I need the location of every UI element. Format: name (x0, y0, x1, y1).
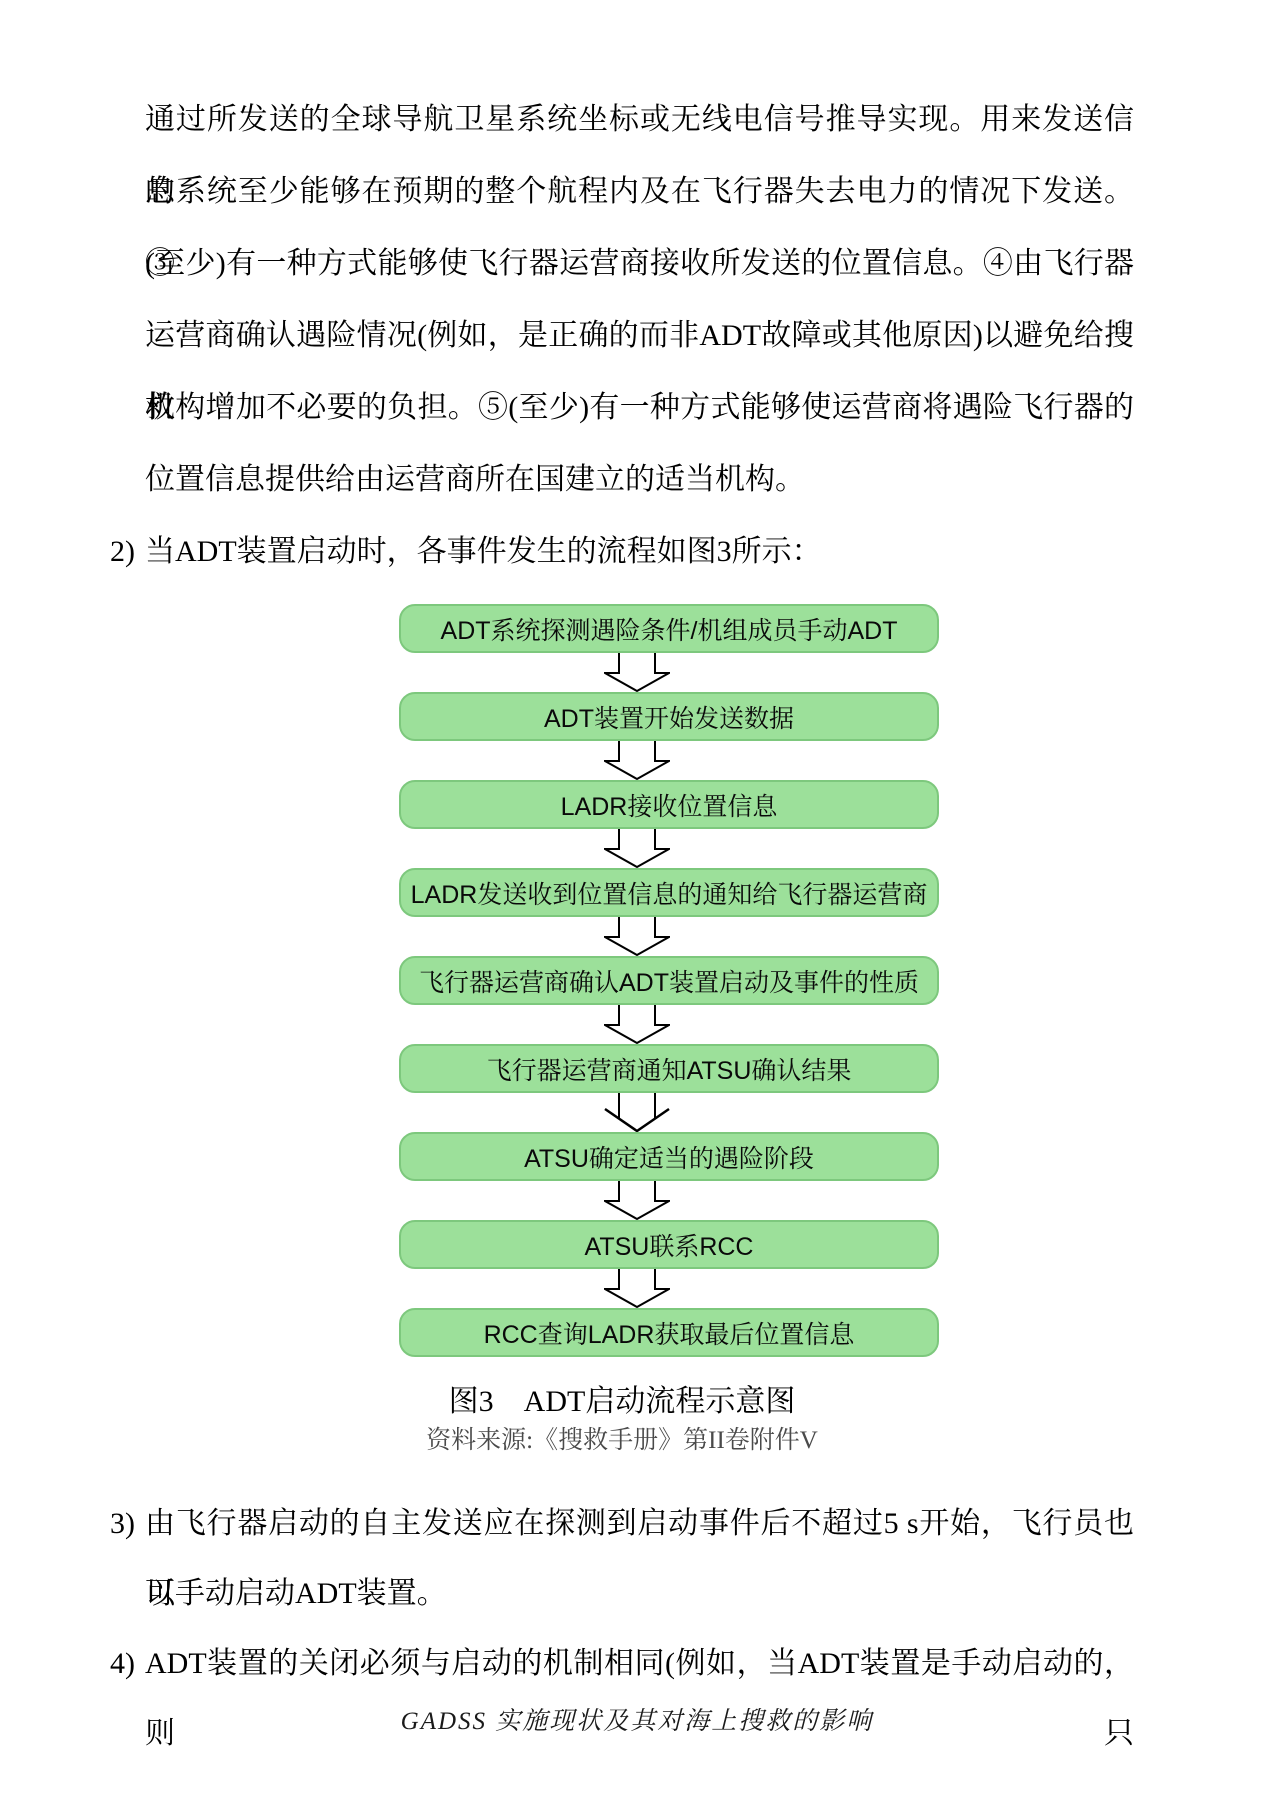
down-arrow-icon (604, 1005, 670, 1044)
flow-step-box: ATSU确定适当的遇险阶段 (399, 1132, 939, 1181)
list-item-4: 4) ADT装置的关闭必须与启动的机制相同(例如，当ADT装置是手动启动的，则只 (110, 1629, 1134, 1699)
item-marker: 3) (110, 1489, 145, 1559)
down-arrow-icon (604, 917, 670, 956)
body-line: 通过所发送的全球导航卫星系统坐标或无线电信号推导实现。用来发送信息 (145, 84, 1134, 156)
item-text: 当ADT装置启动时，各事件发生的流程如图3所示： (145, 516, 1134, 588)
figure-source: 资料来源:《搜救手册》第II卷附件V (110, 1423, 1134, 1459)
figure-caption: 图3 ADT启动流程示意图 (110, 1381, 1134, 1423)
body-line: (至少)有一种方式能够使飞行器运营商接收所发送的位置信息。④由飞行器 (145, 228, 1134, 300)
flow-step-box: ADT系统探测遇险条件/机组成员手动ADT (399, 604, 939, 653)
adt-flowchart: ADT系统探测遇险条件/机组成员手动ADT ADT装置开始发送数据 LADR接收… (399, 604, 939, 1357)
down-arrow-icon (604, 1181, 670, 1220)
list-item-2: 2) 当ADT装置启动时，各事件发生的流程如图3所示： (110, 516, 1134, 588)
flow-step-box: RCC查询LADR获取最后位置信息 (399, 1308, 939, 1357)
flow-step-box: LADR发送收到位置信息的通知给飞行器运营商 (399, 868, 939, 917)
paragraph-continuation: 通过所发送的全球导航卫星系统坐标或无线电信号推导实现。用来发送信息 的系统至少能… (145, 84, 1134, 516)
down-arrow-icon (604, 741, 670, 780)
document-page: 通过所发送的全球导航卫星系统坐标或无线电信号推导实现。用来发送信息 的系统至少能… (0, 0, 1274, 1801)
down-arrow-thin-icon (604, 1093, 670, 1132)
flow-step-box: ATSU联系RCC (399, 1220, 939, 1269)
flow-step-box: LADR接收位置信息 (399, 780, 939, 829)
flow-step-box: 飞行器运营商通知ATSU确认结果 (399, 1044, 939, 1093)
body-line: 位置信息提供给由运营商所在国建立的适当机构。 (145, 444, 1134, 516)
flow-step-box: 飞行器运营商确认ADT装置启动及事件的性质 (399, 956, 939, 1005)
item-text: 以手动启动ADT装置。 (145, 1559, 1134, 1629)
down-arrow-icon (604, 829, 670, 868)
body-line: 的系统至少能够在预期的整个航程内及在飞行器失去电力的情况下发送。③ (145, 156, 1134, 228)
item-text: 由飞行器启动的自主发送应在探测到启动事件后不超过5 s开始，飞行员也可 (145, 1489, 1134, 1559)
down-arrow-icon (604, 1269, 670, 1308)
page-content: 通过所发送的全球导航卫星系统坐标或无线电信号推导实现。用来发送信息 的系统至少能… (110, 84, 1134, 1699)
list-item-3: 3) 由飞行器启动的自主发送应在探测到启动事件后不超过5 s开始，飞行员也可 以… (110, 1489, 1134, 1629)
down-arrow-icon (604, 653, 670, 692)
item-marker: 2) (110, 516, 145, 588)
item-text: ADT装置的关闭必须与启动的机制相同(例如，当ADT装置是手动启动的，则只 (145, 1629, 1134, 1699)
item-marker: 4) (110, 1629, 145, 1699)
body-line: 运营商确认遇险情况(例如，是正确的而非ADT故障或其他原因)以避免给搜救 (145, 300, 1134, 372)
flow-step-box: ADT装置开始发送数据 (399, 692, 939, 741)
body-line: 机构增加不必要的负担。⑤(至少)有一种方式能够使运营商将遇险飞行器的 (145, 372, 1134, 444)
